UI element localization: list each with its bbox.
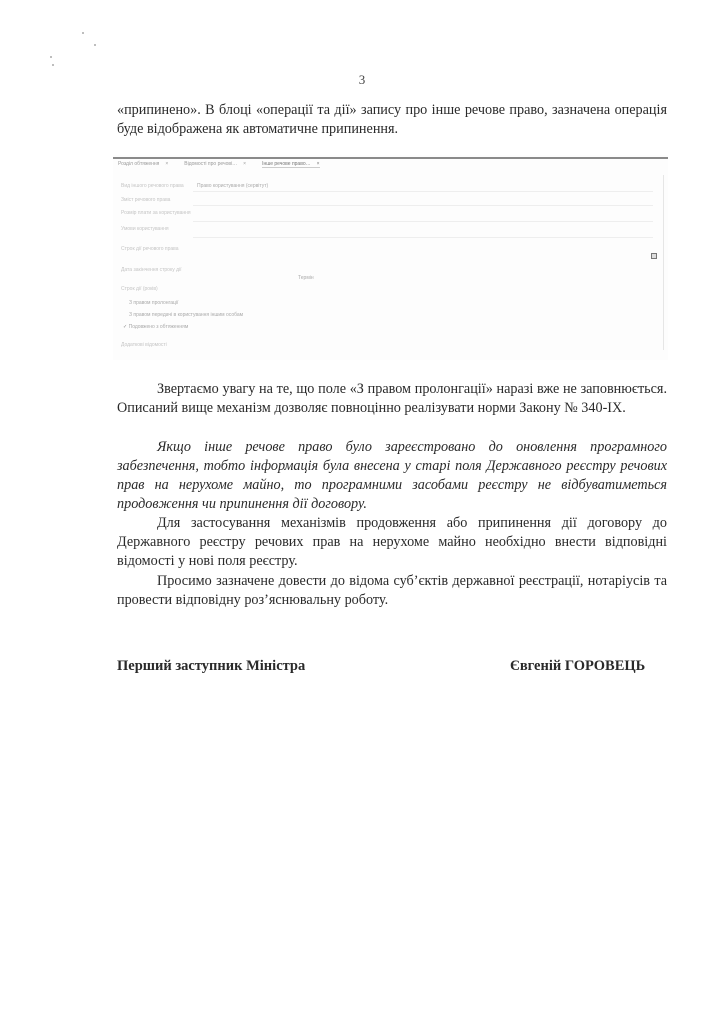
close-icon: ×	[317, 161, 320, 167]
checkbox-extended: Подовжено з обтяженням	[123, 324, 188, 330]
field-label: Умови користування	[121, 226, 201, 233]
paragraph-old-fields: Якщо інше речове право було зареєстрован…	[117, 438, 667, 514]
paragraph-new-fields: Для застосування механізмів продовження …	[117, 514, 667, 571]
tab-other-right: Інше речове право…×	[262, 161, 319, 168]
tab-encumbrance: Розділ обтяження×	[118, 161, 168, 168]
field-line	[193, 237, 653, 238]
scrollbar	[663, 175, 664, 350]
field-label: Строк дії речового права	[121, 246, 201, 253]
divider	[113, 157, 668, 159]
field-value: Право користування (сервітут)	[197, 183, 268, 189]
field-label: Дата закінчення строку дії	[121, 267, 201, 274]
field-label: Зміст речового права	[121, 197, 201, 204]
field-label: Вид іншого речового права	[121, 183, 201, 190]
field-line	[193, 191, 653, 192]
signatory-name: Євгеній ГОРОВЕЦЬ	[510, 658, 645, 675]
close-icon: ×	[165, 161, 168, 167]
signatory-role: Перший заступник Міністра	[117, 658, 305, 675]
embedded-screenshot: Розділ обтяження× Відомості про речові…×…	[113, 155, 668, 360]
checkbox-prolongation: З правом пролонгації	[129, 300, 178, 306]
field-label: Строк дії (років)	[121, 286, 201, 293]
scan-specks	[30, 20, 110, 80]
field-label: Розмір плати за користування	[121, 210, 201, 217]
tab-rights-info: Відомості про речові…×	[184, 161, 246, 168]
field-line	[193, 221, 653, 222]
footer-label: Додаткові відомості	[121, 342, 201, 349]
paragraph-attention: Звертаємо увагу на те, що поле «З правом…	[117, 380, 667, 418]
checkbox-icon	[651, 253, 657, 259]
close-icon: ×	[243, 161, 246, 167]
field-line	[193, 205, 653, 206]
right-label: Термін	[298, 275, 314, 281]
checkbox-transfer: З правом передачі в користування іншим о…	[129, 312, 243, 318]
page-number: 3	[0, 72, 724, 88]
paragraph-request: Просимо зазначене довести до відома суб’…	[117, 572, 667, 610]
paragraph-intro: «припинено». В блоці «операції та дії» з…	[117, 101, 667, 139]
screenshot-tabs: Розділ обтяження× Відомості про речові…×…	[118, 161, 320, 168]
